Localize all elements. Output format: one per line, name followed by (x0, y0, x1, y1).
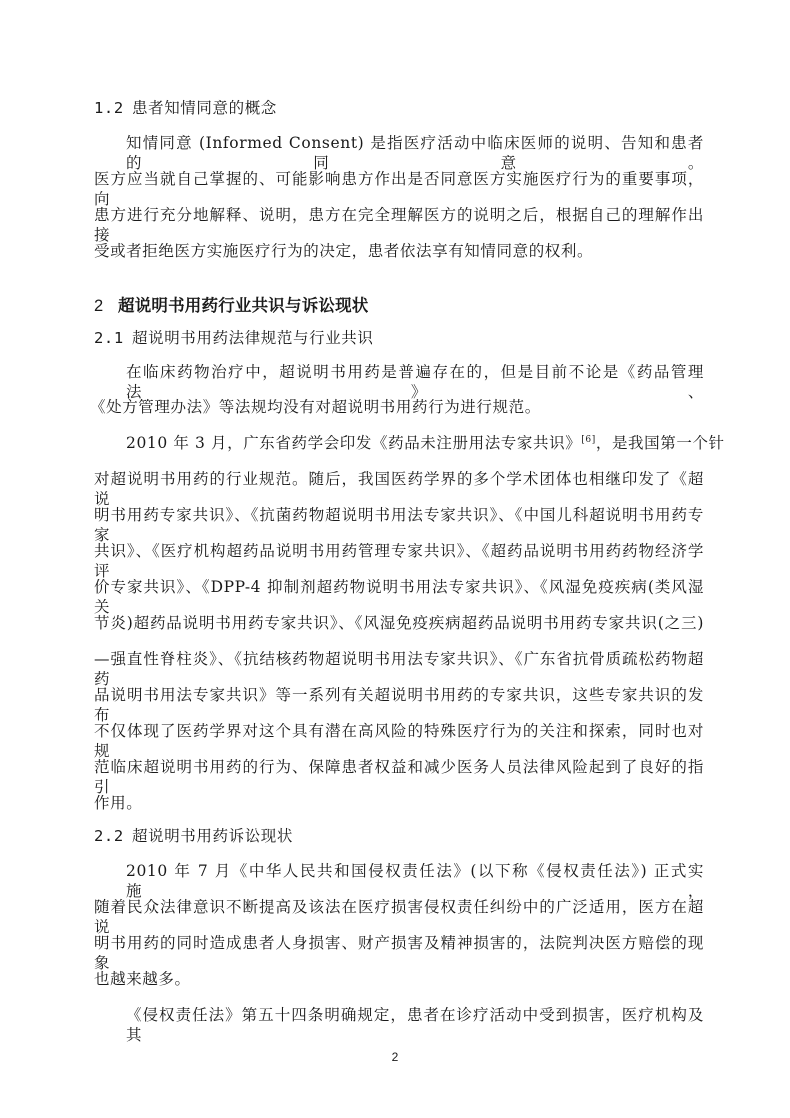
citation-reference[interactable]: [6] (581, 435, 596, 445)
paragraph-line: 作用。 (94, 793, 704, 813)
section-heading-2-1: 2.1超说明书用药法律规范与行业共识 (94, 328, 704, 348)
section-title: 超说明书用药行业共识与诉讼现状 (118, 296, 369, 315)
paragraph-line: 《侵权责任法》第五十四条明确规定，患者在诊疗活动中受到损害，医疗机构及其 (126, 1005, 704, 1045)
paragraph-line: 随着民众法律意识不断提高及该法在医疗损害侵权责任纠纷中的广泛适用，医方在超说 (94, 897, 704, 937)
section-title: 患者知情同意的概念 (132, 99, 277, 117)
paragraph-line: 范临床超说明书用药的行为、保障患者权益和减少医务人员法律风险起到了良好的指引 (94, 757, 704, 797)
section-number: 2.2 (94, 826, 132, 846)
paragraph-line: 《处方管理办法》等法规均没有对超说明书用药行为进行规范。 (90, 397, 700, 417)
paragraph-line: 受或者拒绝医方实施医疗行为的决定，患者依法享有知情同意的权利。 (94, 241, 704, 261)
paragraph-line: 共识》、《医疗机构超药品说明书用药管理专家共识》、《超药品说明书用药药物经济学评 (94, 541, 704, 581)
paragraph-line: 2010 年 7 月《中华人民共和国侵权责任法》(以下称《侵权责任法》) 正式实… (126, 861, 704, 901)
paragraph-line: 医方应当就自己掌握的、可能影响患方作出是否同意医方实施医疗行为的重要事项，向 (94, 169, 704, 209)
paragraph-line: 也越来越多。 (94, 969, 704, 989)
paragraph-line: 对超说明书用药的行业规范。随后，我国医药学界的多个学术团体也相继印发了《超说 (94, 469, 704, 509)
paragraph-text: ，是我国第一个针 (596, 434, 725, 452)
paragraph-line: 2010 年 3 月，广东省药学会印发《药品未注册用法专家共识》[6]，是我国第… (126, 433, 704, 453)
section-number: 1.2 (94, 98, 132, 118)
section-number: 2 (94, 296, 118, 316)
paragraph-line: —强直性脊柱炎》、《抗结核药物超说明书用法专家共识》、《广东省抗骨质疏松药物超药 (94, 649, 704, 689)
section-heading-2-2: 2.2超说明书用药诉讼现状 (94, 826, 704, 846)
paragraph-line: 节炎)超药品说明书用药专家共识》、《风湿免疫疾病超药品说明书用药专家共识(之三) (94, 613, 704, 633)
paragraph-line: 明书用药的同时造成患者人身损害、财产损害及精神损害的，法院判决医方赔偿的现象 (94, 933, 704, 973)
section-heading-2: 2超说明书用药行业共识与诉讼现状 (94, 296, 704, 316)
section-title: 超说明书用药法律规范与行业共识 (132, 329, 374, 347)
paragraph-line: 不仅体现了医药学界对这个具有潜在高风险的特殊医疗行为的关注和探索，同时也对规 (94, 721, 704, 761)
paragraph-line: 在临床药物治疗中，超说明书用药是普遍存在的，但是目前不论是《药品管理法》、 (126, 362, 704, 402)
document-page: 1.2患者知情同意的概念 知情同意 (Informed Consent) 是指医… (0, 0, 790, 1118)
section-heading-1-2: 1.2患者知情同意的概念 (94, 98, 704, 118)
paragraph-line: 知情同意 (Informed Consent) 是指医疗活动中临床医师的说明、告… (126, 133, 704, 173)
page-number: 2 (0, 1050, 790, 1064)
paragraph-text: 2010 年 3 月，广东省药学会印发《药品未注册用法专家共识》 (126, 434, 581, 452)
section-number: 2.1 (94, 328, 132, 348)
paragraph-line: 品说明书用法专家共识》等一系列有关超说明书用药的专家共识，这些专家共识的发布 (94, 685, 704, 725)
paragraph-line: 价专家共识》、《DPP-4 抑制剂超药物说明书用法专家共识》、《风湿免疫疾病(类… (94, 577, 704, 617)
section-title: 超说明书用药诉讼现状 (132, 827, 293, 845)
paragraph-line: 患方进行充分地解释、说明，患方在完全理解医方的说明之后，根据自己的理解作出接 (94, 205, 704, 245)
paragraph-line: 明书用药专家共识》、《抗菌药物超说明书用法专家共识》、《中国儿科超说明书用药专家 (94, 505, 704, 545)
